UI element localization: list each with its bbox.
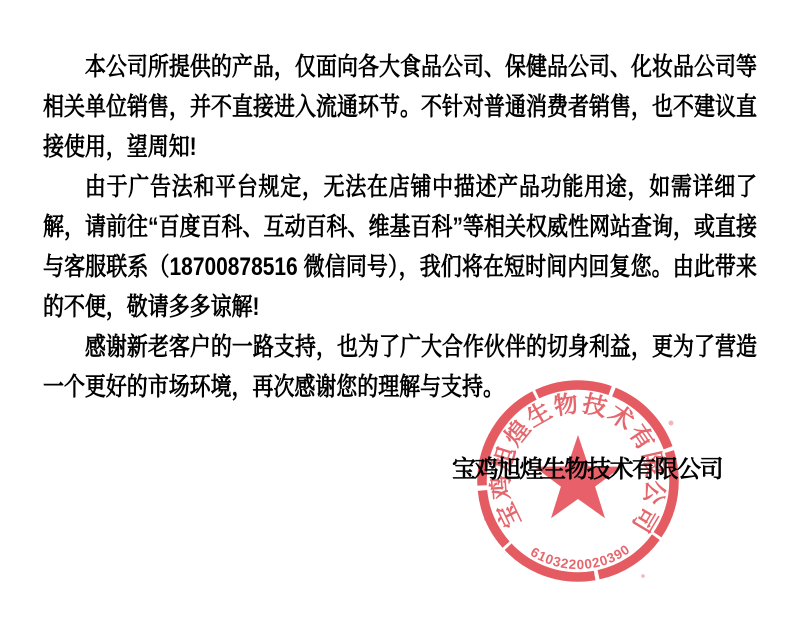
company-seal: 宝鸡旭煌生物技术有限公司 6103220020390 bbox=[468, 371, 688, 591]
notice-document: 本公司所提供的产品，仅面向各大食品公司、保健品公司、化妆品公司等相关单位销售，并… bbox=[0, 0, 800, 628]
notice-paragraph-contact: 由于广告法和平台规定，无法在店铺中描述产品功能用途，如需详细了解，请前往“百度百… bbox=[43, 167, 757, 327]
seal-star-icon bbox=[534, 435, 621, 518]
notice-body: 本公司所提供的产品，仅面向各大食品公司、保健品公司、化妆品公司等相关单位销售，并… bbox=[43, 47, 757, 407]
notice-paragraph-products: 本公司所提供的产品，仅面向各大食品公司、保健品公司、化妆品公司等相关单位销售，并… bbox=[43, 47, 757, 167]
